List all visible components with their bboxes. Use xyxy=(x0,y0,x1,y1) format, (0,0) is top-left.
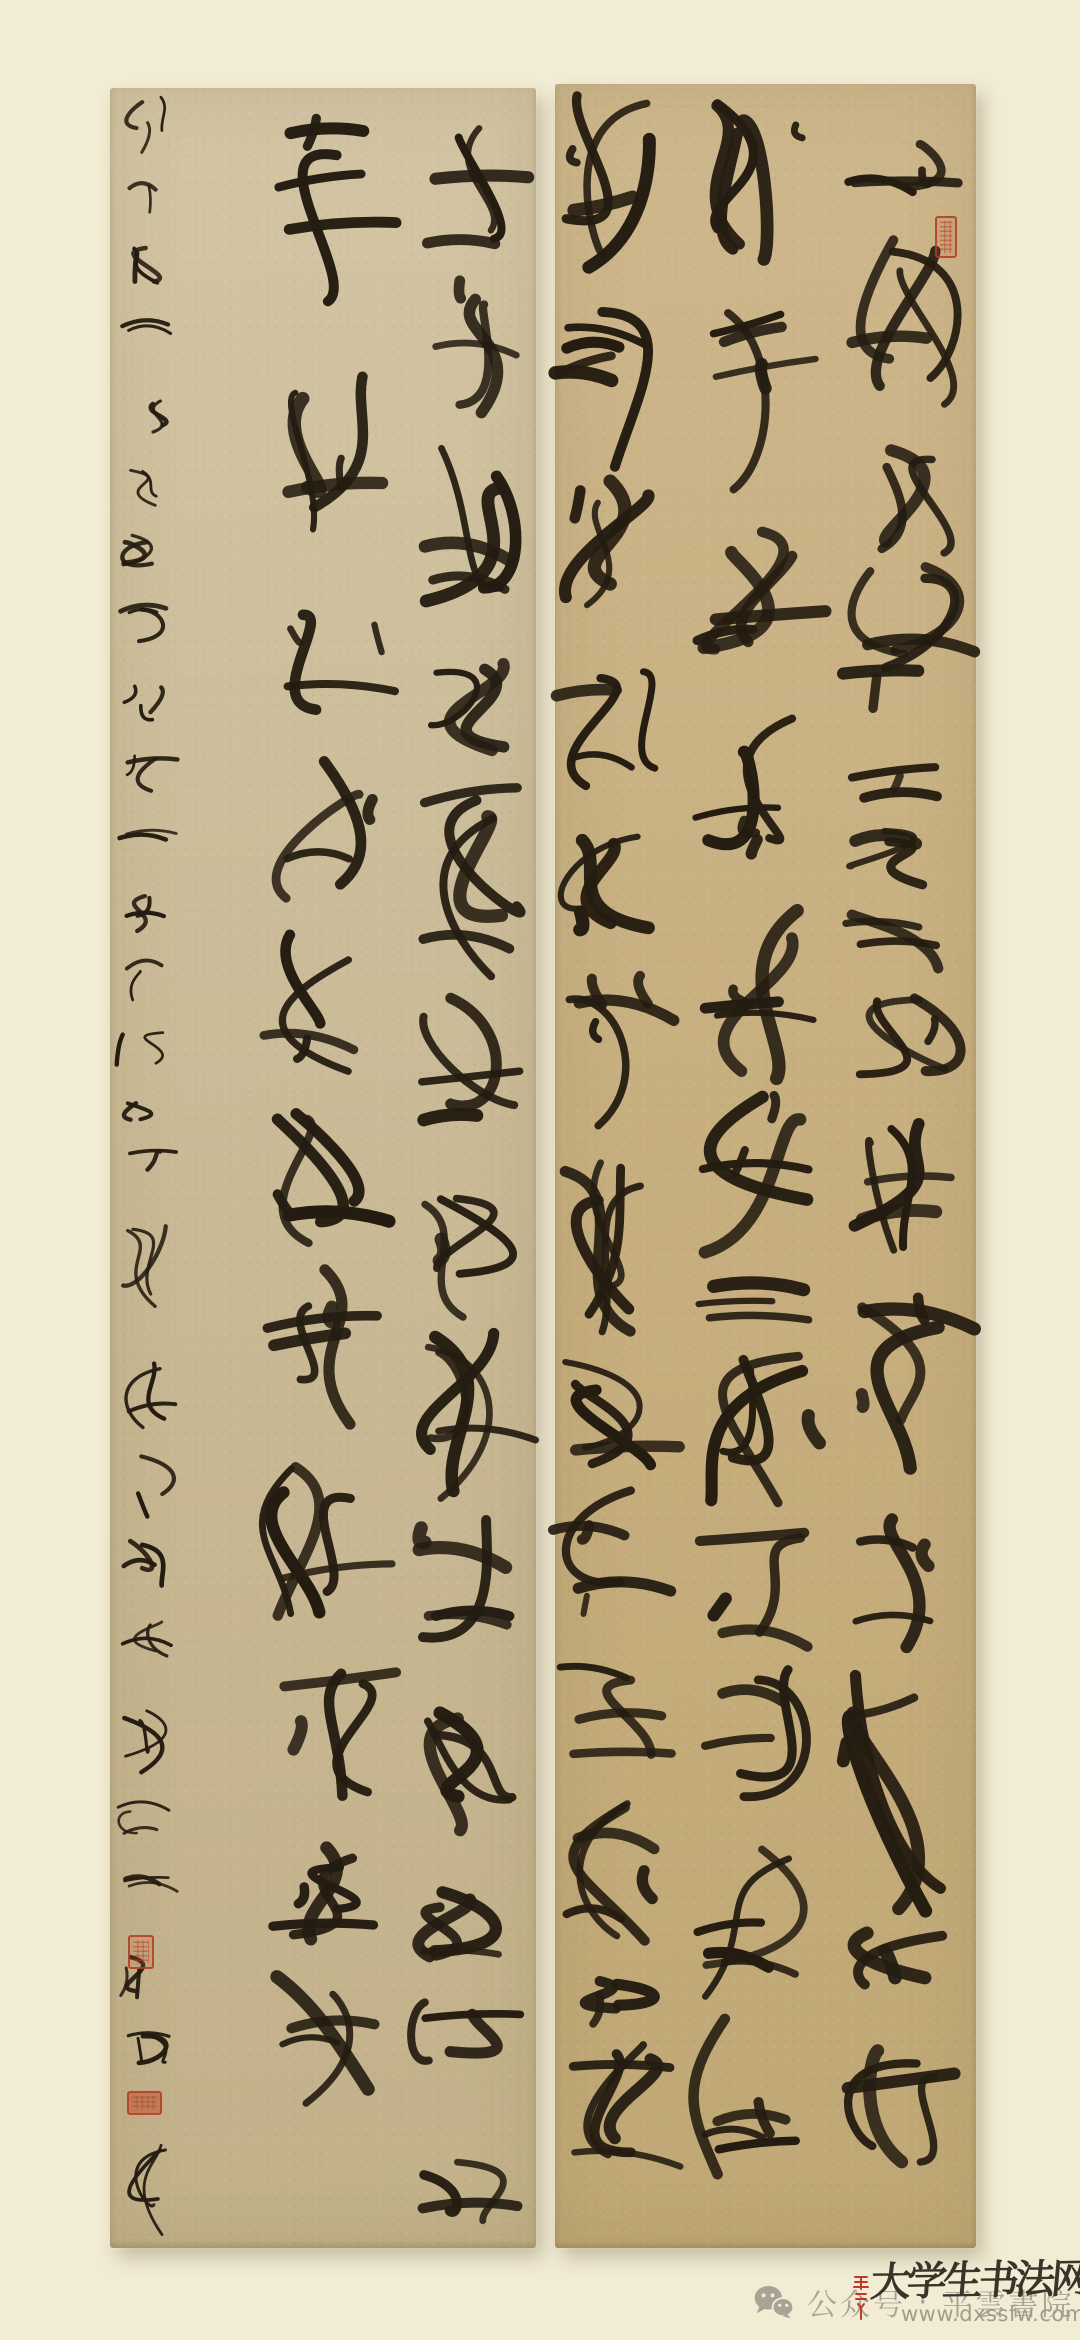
red-seal-stamp xyxy=(935,216,957,258)
watermark-calligraphy-text: 大学生书法网 xyxy=(869,2256,1080,2306)
site-watermark: 大学生书法网 www.dxssfw.com xyxy=(851,2258,1080,2326)
paper-texture xyxy=(555,84,976,2248)
calligraphy-panel-right xyxy=(555,84,976,2248)
paper-texture xyxy=(110,88,536,2248)
wechat-icon xyxy=(753,2285,795,2319)
red-seal-stamp xyxy=(127,2091,162,2115)
watermark-red-seal-mark xyxy=(851,2274,871,2322)
red-seal-stamp xyxy=(128,1935,154,1969)
watermark-url: www.dxssfw.com xyxy=(871,2302,1080,2326)
calligraphy-panel-left xyxy=(110,88,536,2248)
photo-stage: 公众号 · 平雲書院 大学生书法网 www.dxssfw.com xyxy=(0,0,1080,2340)
